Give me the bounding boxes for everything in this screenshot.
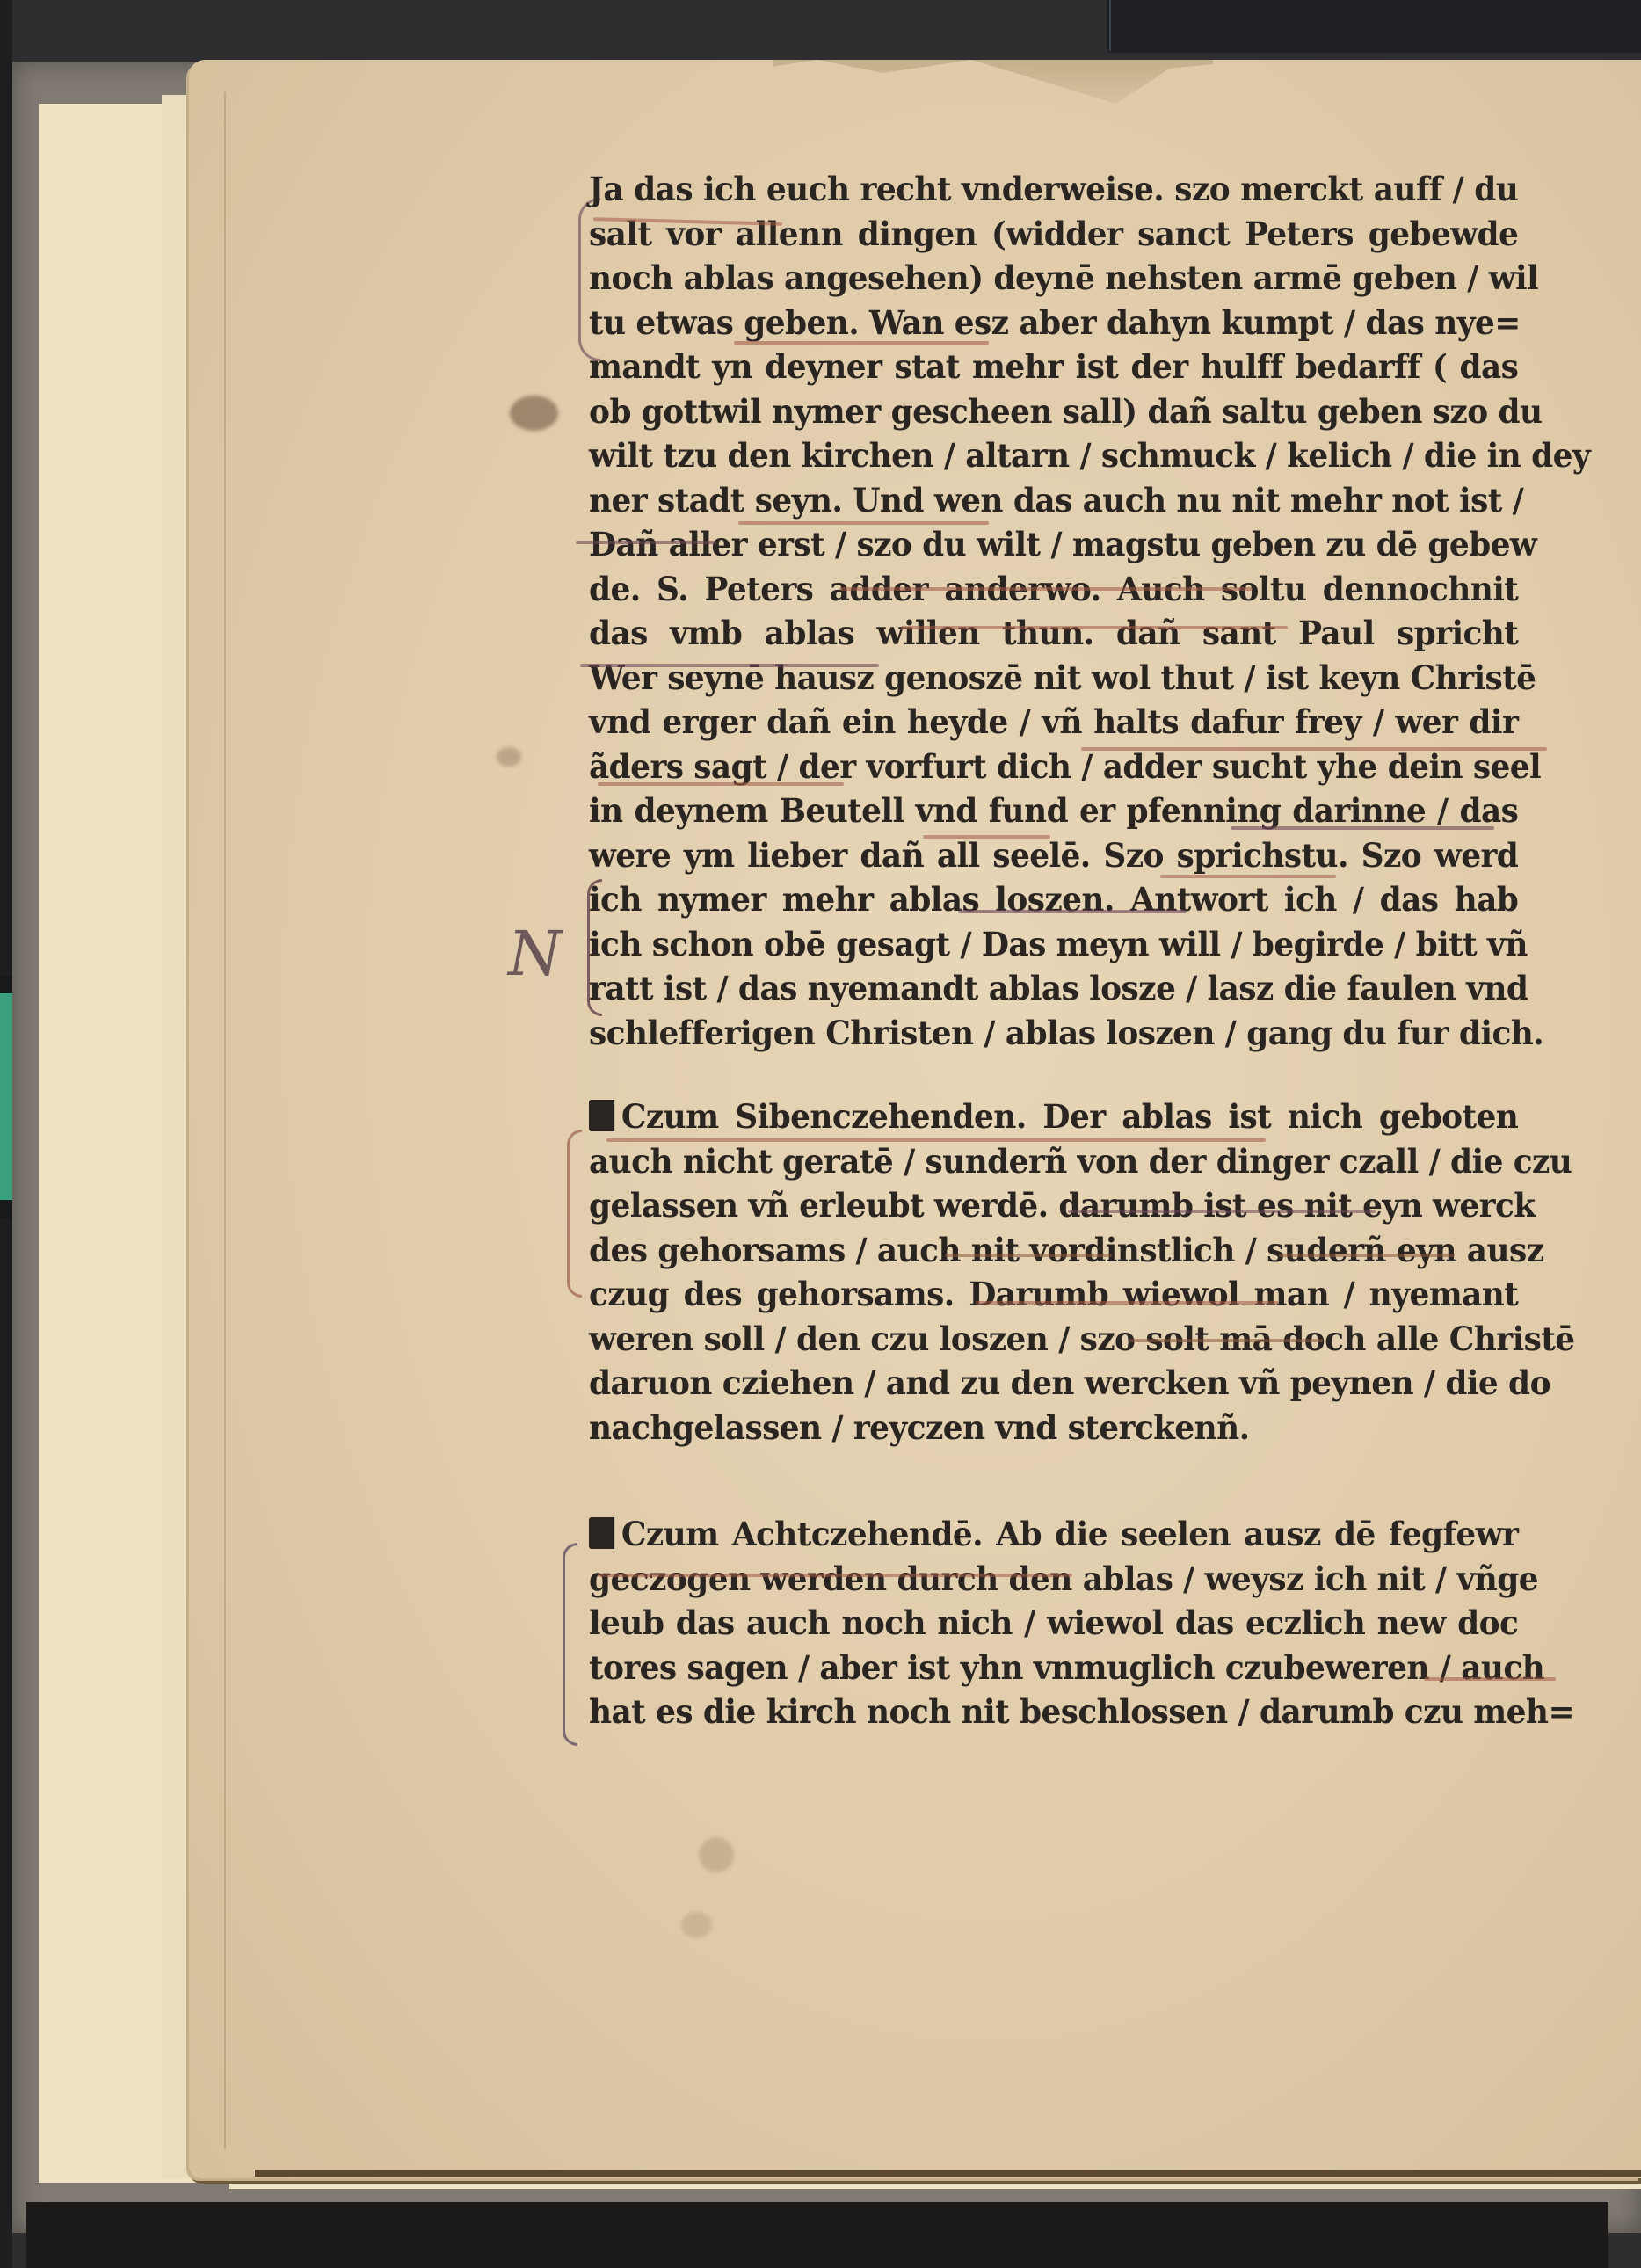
text-line: ich schon obē gesagt / Das meyn will / b…	[589, 922, 1518, 967]
text-line: ratt ist / das nyemandt ablas losze / la…	[589, 966, 1518, 1011]
manuscript-underline	[1129, 1339, 1323, 1342]
scanner-background-bottom	[26, 2202, 1608, 2268]
manuscript-underline	[958, 910, 1187, 913]
pilcrow-icon	[589, 1100, 614, 1131]
text-line: weren soll / den czu loszen / szo solt m…	[589, 1317, 1518, 1362]
manuscript-underline	[923, 835, 1050, 839]
text-line: were ym lieber dañ all seelē. Szo sprich…	[589, 833, 1518, 878]
manuscript-underline	[1068, 1210, 1376, 1213]
foxing-spot	[681, 1912, 712, 1938]
text-line: Ja das ich euch recht vnderweise. szo me…	[589, 167, 1518, 212]
text-line: tu etwas geben. Wan esz aber dahyn kumpt…	[589, 301, 1518, 345]
text-line: noch ablas angesehen) deynē nehsten armē…	[589, 256, 1518, 301]
manuscript-underline	[1279, 1254, 1455, 1257]
ink-stain	[510, 396, 558, 431]
page-fold-line	[224, 92, 226, 2149]
scanner-divider-line	[1109, 0, 1111, 51]
paragraph-1: Ja das ich euch recht vnderweise. szo me…	[589, 167, 1547, 1055]
margin-bracket-annotation	[563, 1543, 577, 1746]
margin-bracket-annotation	[567, 1130, 582, 1298]
text-line: ob gottwil nymer gescheen sall) dañ salt…	[589, 389, 1518, 434]
text-line: ich nymer mehr ablas loszen. Antwort ich…	[589, 877, 1518, 922]
text-line: geczogen werden durch den ablas / weysz …	[589, 1557, 1518, 1602]
text-line-with-pilcrow: Czum Sibenczehenden. Der ablas ist nich …	[589, 1094, 1518, 1139]
manuscript-underline	[576, 541, 716, 544]
text-line: Dañ aller erst / szo du wilt / magstu ge…	[589, 522, 1518, 567]
text-line: salt vor allenn dingen (widder sanct Pet…	[589, 212, 1518, 257]
text-line: vnd erger dañ ein heyde / vñ halts dafur…	[589, 700, 1518, 745]
text-line: nachgelassen / reyczen vnd sterckenñ.	[589, 1406, 1518, 1450]
text-line: mandt yn deyner stat mehr ist der hulff …	[589, 345, 1518, 389]
manuscript-underline	[1081, 747, 1547, 751]
manuscript-underline	[598, 1574, 1072, 1577]
text-line: ner stadt seyn. Und wen das auch nu nit …	[589, 478, 1518, 523]
manuscript-underline	[1231, 826, 1494, 830]
text-line: Czum Sibenczehenden. Der ablas ist nich …	[621, 1097, 1518, 1136]
manuscript-underline	[580, 664, 879, 667]
text-line-with-pilcrow: Czum Achtczehendē. Ab die seelen ausz dē…	[589, 1512, 1518, 1557]
manuscript-underline	[901, 626, 1288, 629]
text-line: daruon cziehen / and zu den wercken vñ p…	[589, 1361, 1518, 1406]
manuscript-underline	[976, 1301, 1279, 1305]
manuscript-underline	[839, 587, 1253, 591]
margin-letter-annotation: N	[508, 923, 570, 985]
manuscript-underline	[738, 521, 989, 525]
text-line: hat es die kirch noch nit beschlossen / …	[589, 1690, 1518, 1734]
paragraph-2: Czum Sibenczehenden. Der ablas ist nich …	[589, 1094, 1547, 1450]
manuscript-underline	[1160, 875, 1336, 878]
text-line: Wer seynē hausz genoszē nit wol thut / i…	[589, 656, 1518, 701]
manuscript-underline	[606, 1138, 1266, 1142]
manuscript-underline	[945, 1254, 1112, 1257]
text-line: schlefferigen Christen / ablas loszen / …	[589, 1011, 1518, 1056]
text-line: das vmb ablas willen thun. dañ sant Paul…	[589, 611, 1518, 656]
text-line: leub das auch noch nich / wiewol das ecz…	[589, 1601, 1518, 1646]
text-line: tores sagen / aber ist yhn vnmuglich czu…	[589, 1646, 1518, 1690]
text-line: Czum Achtczehendē. Ab die seelen ausz dē…	[621, 1515, 1518, 1553]
manuscript-underline	[598, 782, 844, 786]
text-line: czug des gehorsams. Darumb wiewol man / …	[589, 1272, 1518, 1317]
foxing-spot	[699, 1837, 734, 1872]
text-line: gelassen vñ erleubt werdē. darumb ist es…	[589, 1183, 1518, 1228]
page-bottom-edge	[255, 2170, 1641, 2177]
ink-stain	[497, 747, 521, 767]
pilcrow-icon	[589, 1517, 614, 1549]
paragraph-3: Czum Achtczehendē. Ab die seelen ausz dē…	[589, 1512, 1547, 1734]
scanner-background-top	[1107, 0, 1641, 53]
text-line: auch nicht geratē / sunderñ von der ding…	[589, 1139, 1518, 1184]
text-line: wilt tzu den kirchen / altarn / schmuck …	[589, 433, 1518, 478]
manuscript-underline	[1424, 1677, 1556, 1681]
text-line: des gehorsams / auch nit vordinstlich / …	[589, 1228, 1518, 1273]
manuscript-underline	[734, 341, 989, 345]
